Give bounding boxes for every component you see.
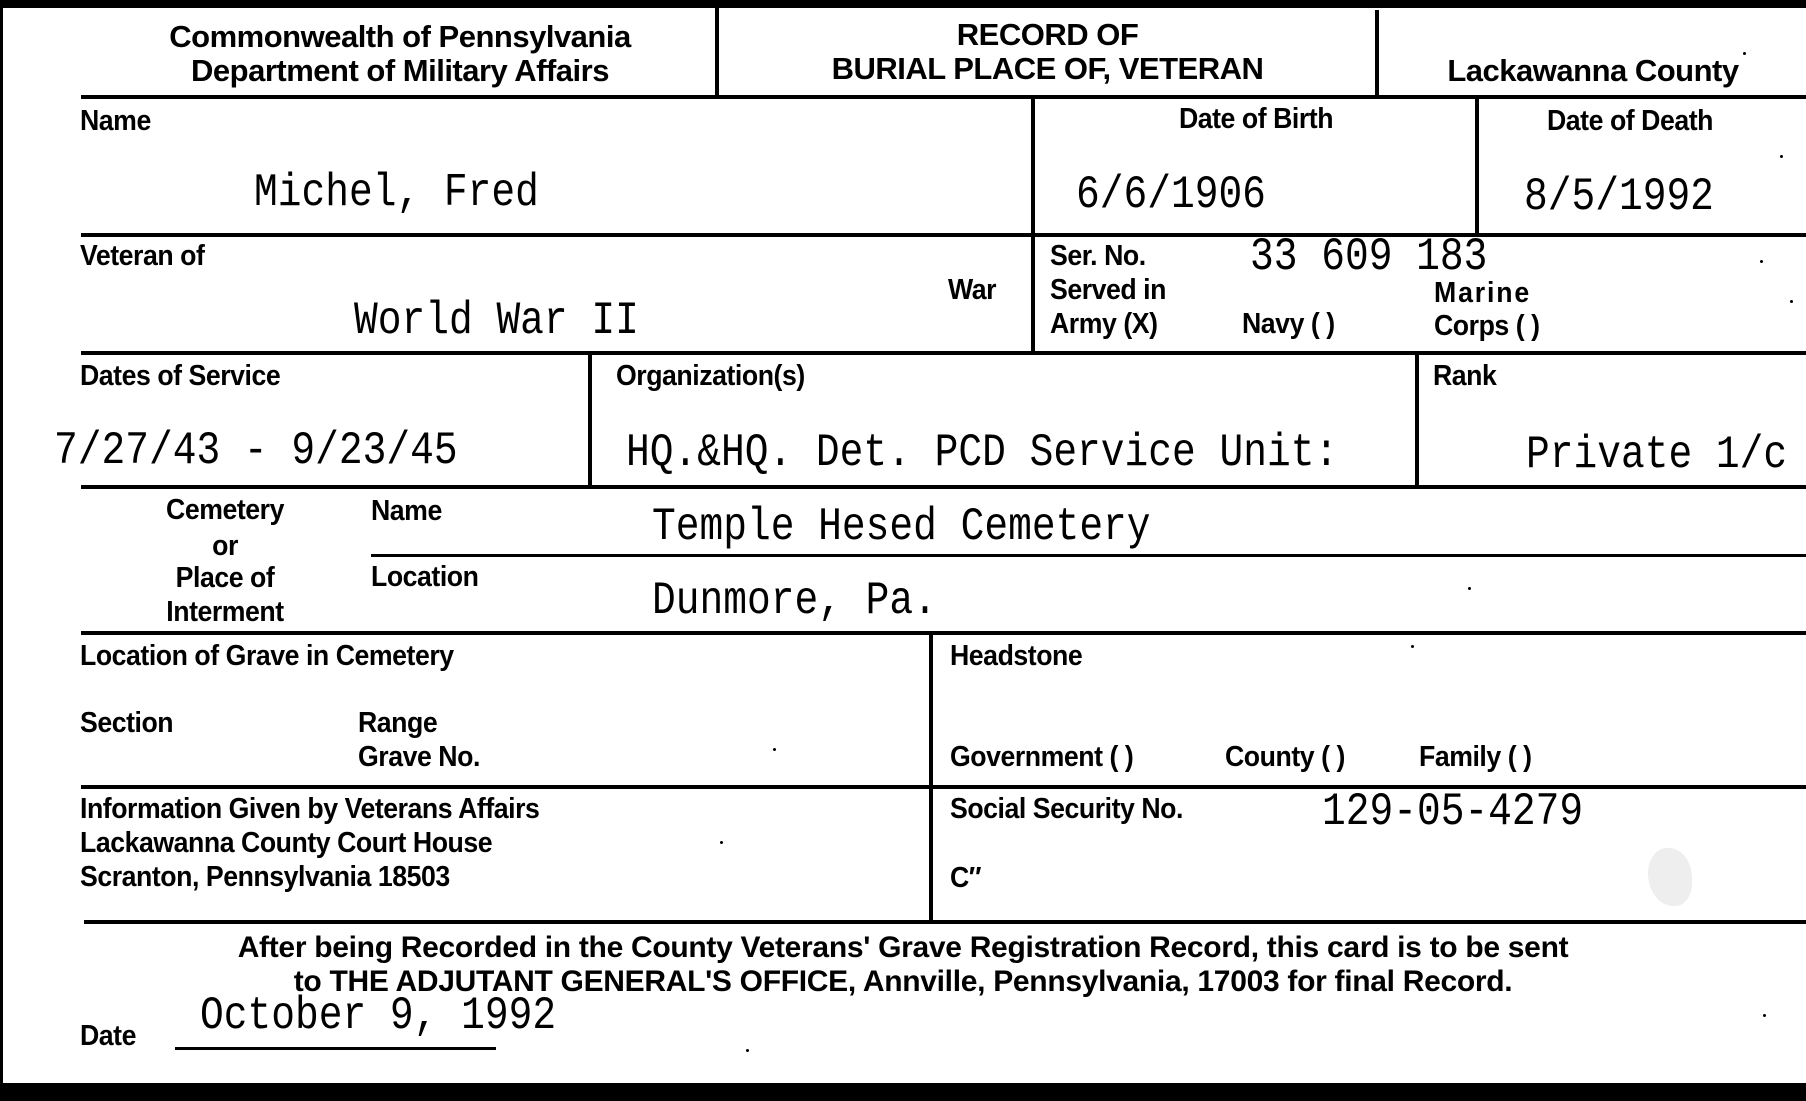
cemetery-section-label-2: or [138,532,313,561]
name-dob-divider [1031,98,1035,236]
cemetery-location-value: Dunmore, Pa. [652,578,937,624]
info-source-line-3: Scranton, Pennsylvania 18503 [80,863,450,892]
war-label: War [948,276,996,305]
served-in-label: Served in [1050,276,1166,305]
grave-headstone-divider [929,634,933,922]
name-row-bottom-rule [81,233,1806,237]
footer-instruction-line-1: After being Recorded in the County Veter… [0,930,1806,965]
scan-speck [746,1049,749,1052]
scan-speck [1780,155,1783,158]
headstone-family-checkbox[interactable]: Family ( ) [1419,743,1532,772]
header-bottom-rule [81,95,1806,99]
organization-label: Organization(s) [616,362,805,391]
army-checkbox[interactable]: Army (X) [1050,310,1158,339]
headstone-label: Headstone [950,642,1082,671]
veteran-row-bottom-rule [81,351,1806,355]
range-label: Range [358,709,437,738]
dod-value: 8/5/1992 [1524,174,1714,220]
scan-speck [1411,645,1414,648]
header-divider-1 [715,8,719,98]
agency-line-2: Department of Military Affairs [100,54,700,88]
service-row-bottom-rule [81,485,1806,489]
organization-value: HQ.&HQ. Det. PCD Service Unit: [626,430,1338,476]
grave-location-title: Location of Grave in Cemetery [80,642,454,671]
scan-speck [1743,52,1746,55]
cemetery-location-label: Location [371,563,478,592]
cemetery-name-value: Temple Hesed Cemetery [652,504,1151,550]
info-source-line-2: Lackawanna County Court House [80,829,492,858]
cemetery-name-underline [371,554,1806,557]
veteran-of-label: Veteran of [80,242,204,271]
marine-corps-checkbox[interactable]: Corps ( ) [1434,312,1540,341]
form-title-line-2: BURIAL PLACE OF, VETERAN [720,52,1375,86]
dod-label: Date of Death [1492,107,1768,136]
info-source-line-1: Information Given by Veterans Affairs [80,795,539,824]
cemetery-name-label: Name [371,497,442,526]
scan-speck [1468,587,1471,590]
form-title-line-1: RECORD OF [720,18,1375,52]
dob-dod-divider [1475,98,1479,236]
name-label: Name [80,107,151,136]
dob-label: Date of Birth [1054,105,1459,134]
date-underline [175,1047,496,1050]
cemetery-section-label-3: Place of [138,564,313,593]
scan-speck [1760,260,1763,263]
scan-speck [773,748,776,751]
veteran-service-divider [1031,236,1035,352]
name-value: Michel, Fred [254,170,539,216]
ser-no-value: 33 609 183 [1250,234,1487,280]
marine-label: Marine [1434,279,1531,308]
grave-no-label: Grave No. [358,743,480,772]
war-value: World War II [354,298,639,344]
org-rank-divider [1415,354,1419,486]
scan-speck [1790,300,1793,303]
header-divider-2 [1375,10,1379,98]
dob-value: 6/6/1906 [1076,172,1266,218]
cemetery-section-label-4: Interment [138,598,313,627]
section-label: Section [80,709,173,738]
scan-bottom-border [0,1083,1806,1101]
county-heading: Lackawanna County [1380,54,1806,88]
rank-value: Private 1/c [1526,432,1787,478]
cemetery-section-label-1: Cemetery [138,496,313,525]
headstone-government-checkbox[interactable]: Government ( ) [950,743,1133,772]
cemetery-bottom-rule [81,631,1806,635]
navy-checkbox[interactable]: Navy ( ) [1242,310,1335,339]
scan-top-border [0,0,1806,8]
date-value: October 9, 1992 [200,993,556,1039]
c-mark: C″ [950,864,981,893]
rank-label: Rank [1433,362,1496,391]
ssn-label: Social Security No. [950,795,1183,824]
ssn-value: 129-05-4279 [1322,789,1583,835]
date-label: Date [80,1022,136,1051]
agency-heading: Commonwealth of Pennsylvania Department … [100,20,700,88]
dates-of-service-label: Dates of Service [80,362,280,391]
scan-speck [1763,1014,1766,1017]
ser-no-label: Ser. No. [1050,242,1146,271]
scan-speck [720,841,723,844]
form-title: RECORD OF BURIAL PLACE OF, VETERAN [720,18,1375,86]
dates-of-service-value: 7/27/43 - 9/23/45 [54,428,458,474]
dates-org-divider [588,354,592,486]
agency-line-1: Commonwealth of Pennsylvania [100,20,700,54]
info-bottom-rule [84,920,1806,924]
headstone-county-checkbox[interactable]: County ( ) [1225,743,1345,772]
